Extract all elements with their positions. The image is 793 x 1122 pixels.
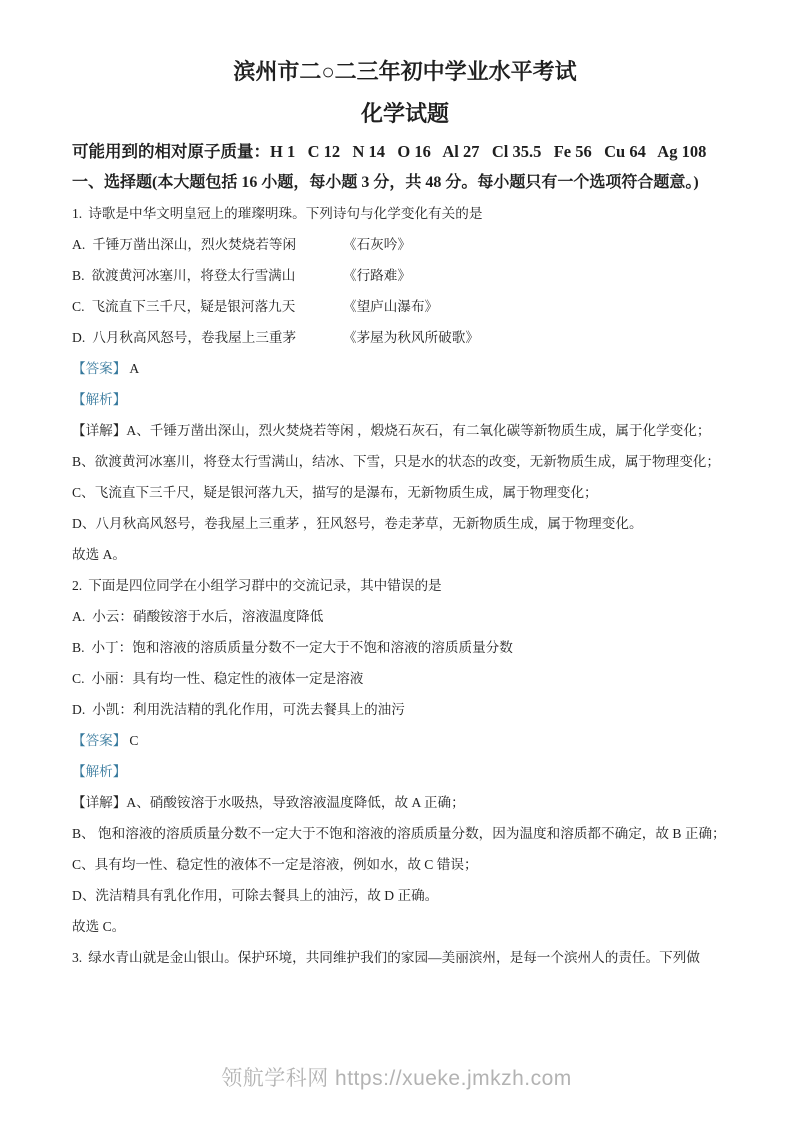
q1-option-c: C.飞流直下三千尺，疑是银河落九天《望庐山瀑布》 [72, 291, 738, 322]
q1-number: 1. [72, 206, 82, 221]
atomic-masses-line: 可能用到的相对原子质量：H 1 C 12 N 14 O 16 Al 27 Cl … [72, 136, 738, 167]
q1-option-c-label: C. [72, 299, 84, 314]
q1-option-d: D.八月秋高风怒号，卷我屋上三重茅《茅屋为秋风所破歌》 [72, 322, 738, 353]
q2-option-c-label: C. [72, 671, 84, 686]
q1-stem-text: 诗歌是中华文明皇冠上的璀璨明珠。下列诗句与化学变化有关的是 [88, 206, 482, 221]
q2-option-d: D.小凯：利用洗洁精的乳化作用，可洗去餐具上的油污 [72, 694, 738, 725]
q1-option-b-source: 《行路难》 [343, 268, 411, 283]
q1-answer-value: A [129, 361, 139, 376]
q1-option-a-text: 千锤万凿出深山，烈火焚烧若等闲 [92, 237, 296, 252]
q2-detail-a: 【详解】A、硝酸铵溶于水吸热，导致溶液温度降低，故 A 正确； [72, 787, 738, 818]
q2-detail-c: C、具有均一性、稳定性的液体不一定是溶液，例如水，故 C 错误； [72, 849, 738, 880]
q2-answer-label: 【答案】 [72, 733, 126, 748]
q2-number: 2. [72, 578, 82, 593]
q1-conclusion: 故选 A。 [72, 539, 738, 570]
q2-analysis-line: 【解析】 [72, 756, 738, 787]
q1-detail-b: B、欲渡黄河冰塞川，将登太行雪满山，结冰、下雪，只是水的状态的改变，无新物质生成… [72, 446, 738, 477]
q2-option-b-text: 小丁：饱和溶液的溶质质量分数不一定大于不饱和溶液的溶质质量分数 [91, 640, 512, 655]
q1-option-d-label: D. [72, 330, 85, 345]
q1-option-a-label: A. [72, 237, 85, 252]
q1-detail-a: 【详解】A、千锤万凿出深山，烈火焚烧若等闲 ，煅烧石灰石，有二氧化碳等新物质生成… [72, 415, 738, 446]
q1-option-b: B.欲渡黄河冰塞川，将登太行雪满山《行路难》 [72, 260, 738, 291]
q1-option-b-label: B. [72, 268, 84, 283]
q1-stem: 1.诗歌是中华文明皇冠上的璀璨明珠。下列诗句与化学变化有关的是 [72, 198, 738, 229]
q1-option-c-source: 《望庐山瀑布》 [343, 299, 438, 314]
q1-option-a: A.千锤万凿出深山，烈火焚烧若等闲《石灰吟》 [72, 229, 738, 260]
q2-option-c: C.小丽：具有均一性、稳定性的液体一定是溶液 [72, 663, 738, 694]
q2-option-b-label: B. [72, 640, 84, 655]
q2-conclusion: 故选 C。 [72, 911, 738, 942]
q2-answer-value: C [129, 733, 138, 748]
q1-answer-line: 【答案】A [72, 353, 738, 384]
q2-option-c-text: 小丽：具有均一性、稳定性的液体一定是溶液 [91, 671, 363, 686]
q2-option-d-text: 小凯：利用洗洁精的乳化作用，可洗去餐具上的油污 [92, 702, 405, 717]
q1-analysis-line: 【解析】 [72, 384, 738, 415]
exam-document-page: 滨州市二○二三年初中学业水平考试 化学试题 可能用到的相对原子质量：H 1 C … [0, 0, 793, 1122]
q2-analysis-label: 【解析】 [72, 764, 126, 779]
q1-option-d-text: 八月秋高风怒号，卷我屋上三重茅 [92, 330, 296, 345]
atomic-masses-values: H 1 C 12 N 14 O 16 Al 27 Cl 35.5 Fe 56 C… [270, 142, 706, 161]
q3-stem: 3.绿水青山就是金山银山。保护环境，共同维护我们的家园—美丽滨州，是每一个滨州人… [72, 942, 738, 973]
q1-option-d-source: 《茅屋为秋风所破歌》 [343, 330, 479, 345]
q3-stem-text: 绿水青山就是金山银山。保护环境，共同维护我们的家园—美丽滨州，是每一个滨州人的责… [88, 950, 700, 965]
section-header: 一、选择题(本大题包括 16 小题，每小题 3 分，共 48 分。每小题只有一个… [72, 167, 738, 198]
q1-option-b-text: 欲渡黄河冰塞川，将登太行雪满山 [91, 268, 295, 283]
q2-option-b: B.小丁：饱和溶液的溶质质量分数不一定大于不饱和溶液的溶质质量分数 [72, 632, 738, 663]
q1-detail-d: D、八月秋高风怒号，卷我屋上三重茅 ，狂风怒号，卷走茅草，无新物质生成，属于物理… [72, 508, 738, 539]
q1-answer-label: 【答案】 [72, 361, 126, 376]
q2-stem: 2.下面是四位同学在小组学习群中的交流记录，其中错误的是 [72, 570, 738, 601]
watermark: 领航学科网 https://xueke.jmkzh.com [0, 1062, 793, 1092]
q2-option-d-label: D. [72, 702, 85, 717]
q2-detail-b: B、 饱和溶液的溶质质量分数不一定大于不饱和溶液的溶质质量分数，因为温度和溶质都… [72, 818, 738, 849]
atomic-masses-label: 可能用到的相对原子质量： [72, 142, 270, 161]
exam-title: 滨州市二○二三年初中学业水平考试 [72, 54, 738, 90]
q2-option-a-text: 小云：硝酸铵溶于水后，溶液温度降低 [92, 609, 323, 624]
document-content: 滨州市二○二三年初中学业水平考试 化学试题 可能用到的相对原子质量：H 1 C … [0, 0, 793, 973]
q1-analysis-label: 【解析】 [72, 392, 126, 407]
q2-option-a-label: A. [72, 609, 85, 624]
exam-subtitle: 化学试题 [72, 96, 738, 132]
q2-option-a: A.小云：硝酸铵溶于水后，溶液温度降低 [72, 601, 738, 632]
q1-detail-c: C、飞流直下三千尺，疑是银河落九天，描写的是瀑布，无新物质生成，属于物理变化； [72, 477, 738, 508]
q1-option-a-source: 《石灰吟》 [343, 237, 411, 252]
q1-option-c-text: 飞流直下三千尺，疑是银河落九天 [91, 299, 295, 314]
q2-stem-text: 下面是四位同学在小组学习群中的交流记录，其中错误的是 [88, 578, 441, 593]
q2-answer-line: 【答案】C [72, 725, 738, 756]
q2-detail-d: D、洗洁精具有乳化作用，可除去餐具上的油污，故 D 正确。 [72, 880, 738, 911]
q3-number: 3. [72, 950, 82, 965]
